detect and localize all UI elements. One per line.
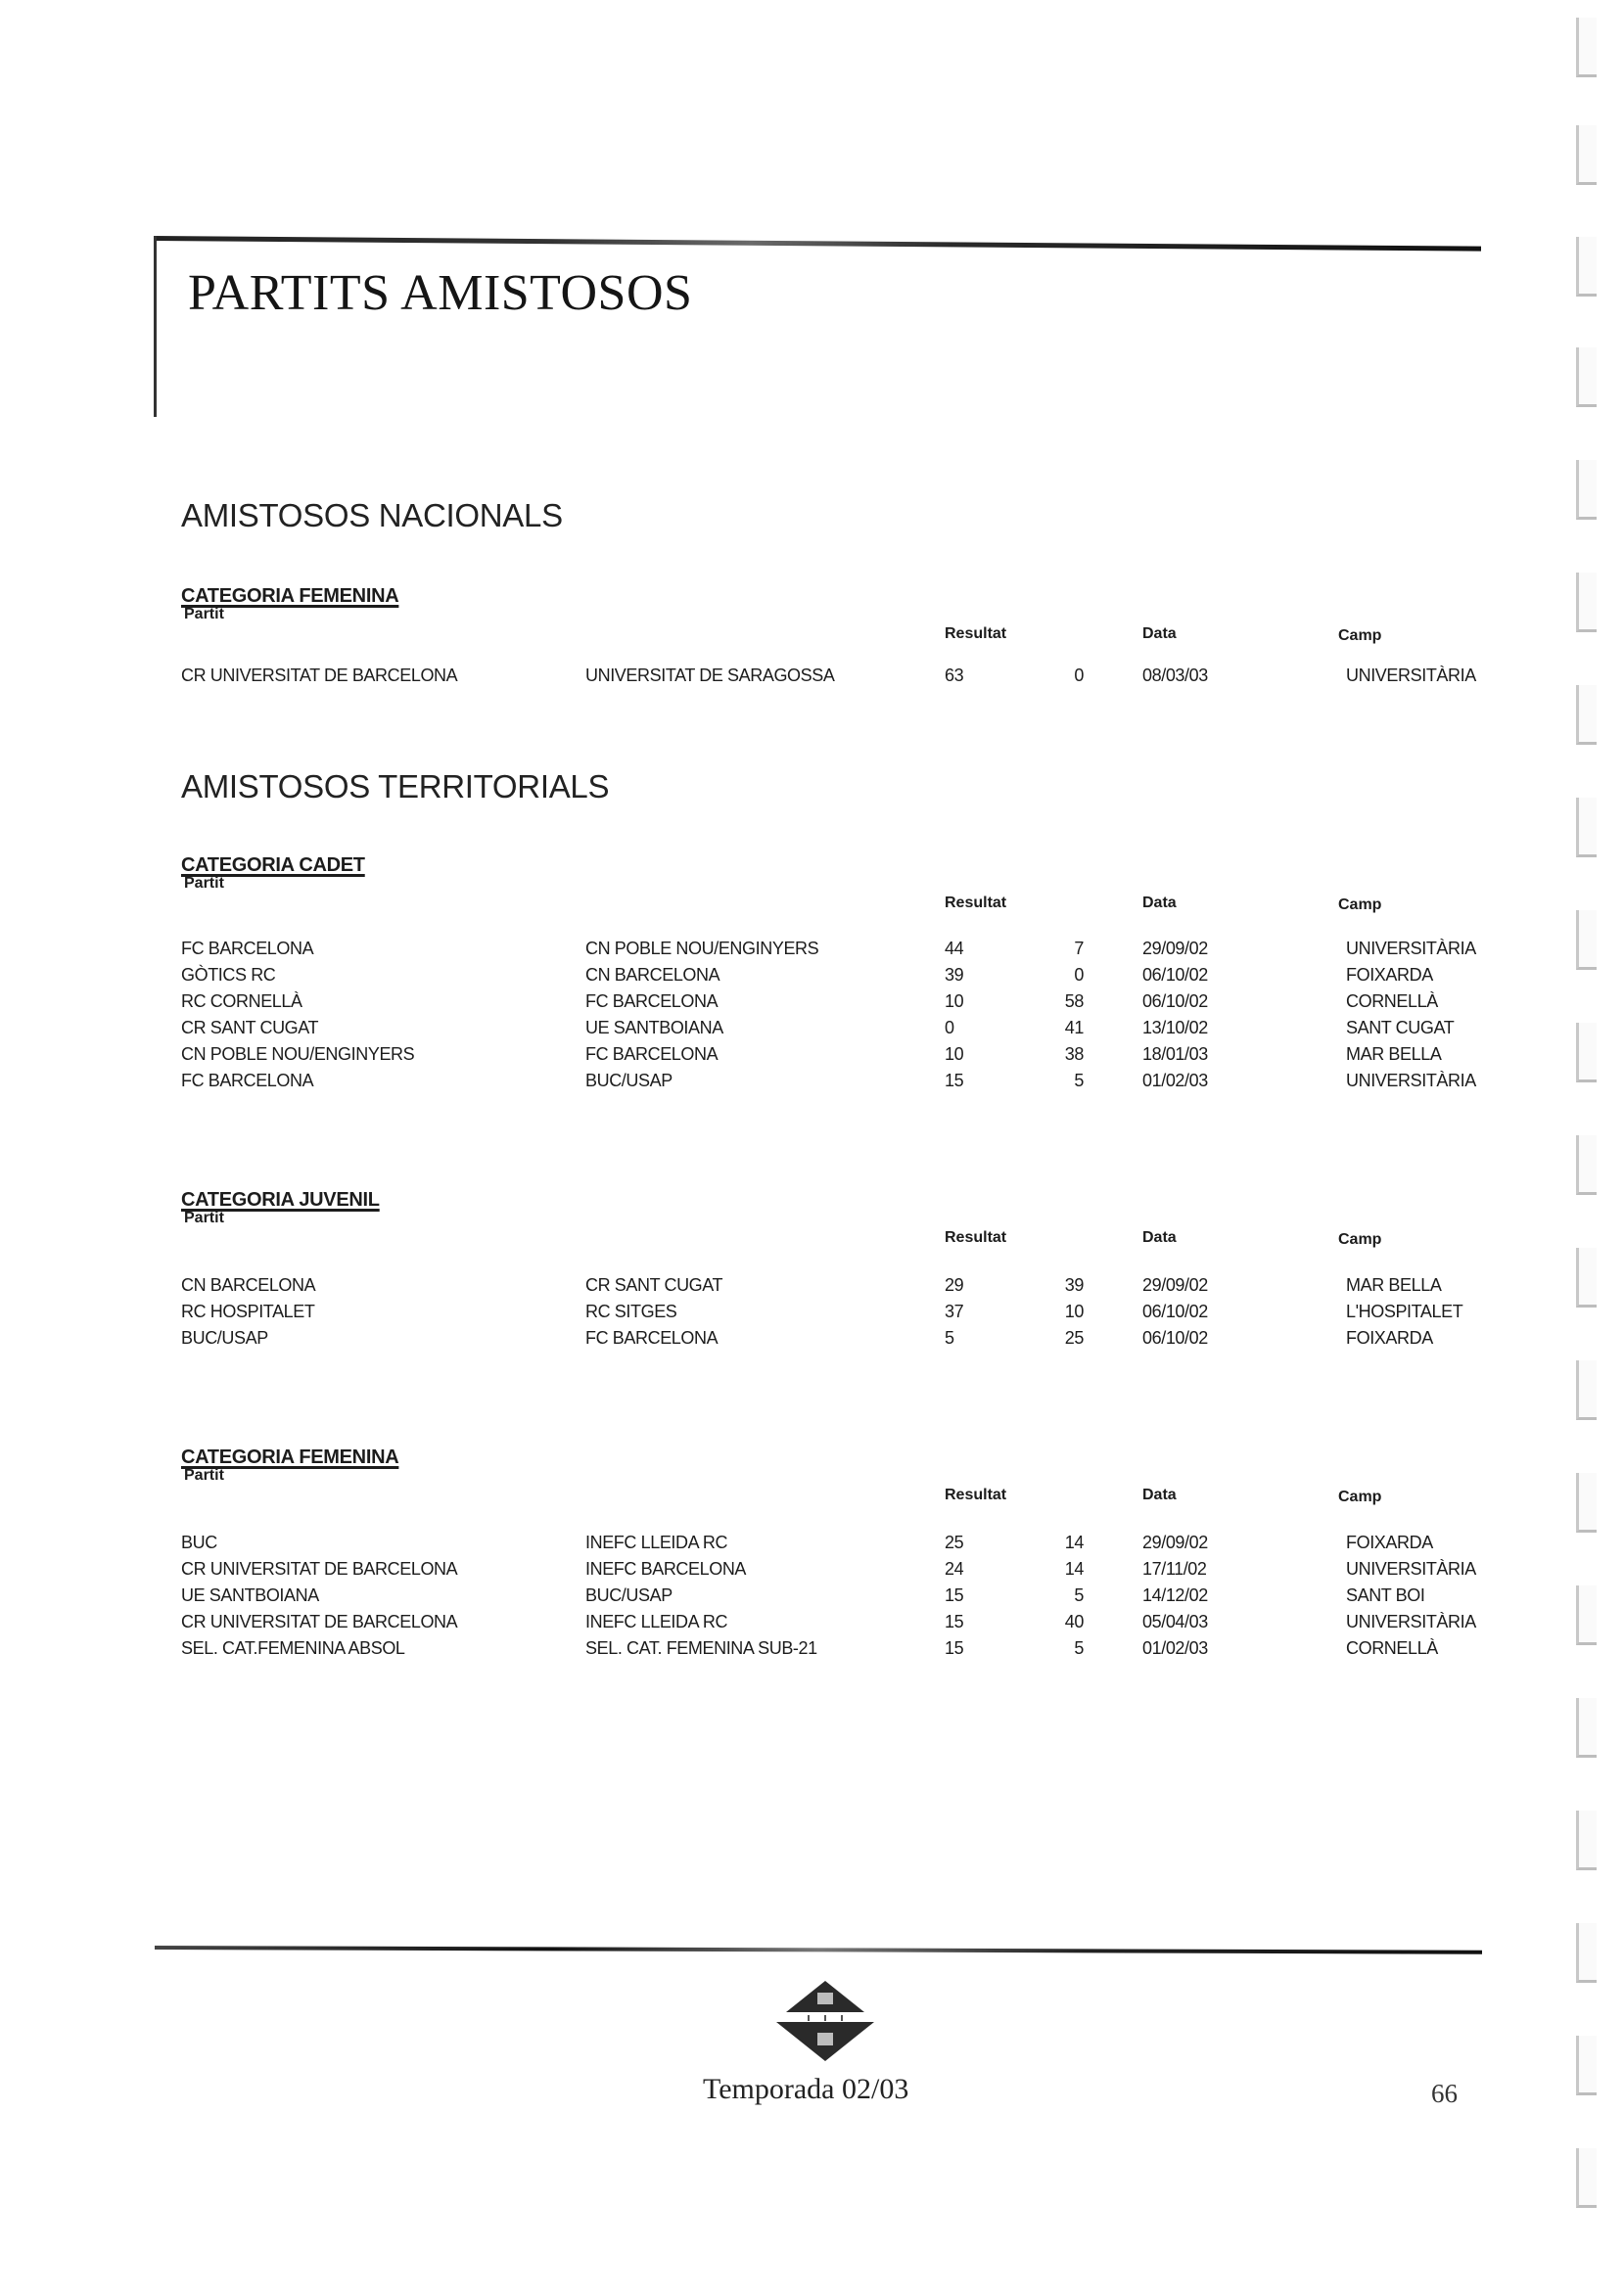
home-team: CN BARCELONA xyxy=(181,1272,315,1299)
match-row: FC BARCELONACN POBLE NOU/ENGINYERS44729/… xyxy=(181,936,1532,962)
binder-tab xyxy=(1576,125,1597,185)
score-away: 58 xyxy=(1043,988,1084,1015)
score-away: 5 xyxy=(1043,1068,1084,1094)
match-row: CN BARCELONACR SANT CUGAT293929/09/02MAR… xyxy=(181,1272,1532,1299)
binder-tab xyxy=(1576,798,1597,857)
match-field: UNIVERSITÀRIA xyxy=(1346,1556,1476,1583)
score-away: 14 xyxy=(1043,1556,1084,1583)
binder-tab xyxy=(1576,2036,1597,2095)
footer-rule xyxy=(155,1946,1482,1954)
match-date: 06/10/02 xyxy=(1142,962,1208,988)
score-away: 38 xyxy=(1043,1041,1084,1068)
match-row: UE SANTBOIANABUC/USAP15514/12/02SANT BOI xyxy=(181,1583,1532,1609)
home-team: SEL. CAT.FEMENINA ABSOL xyxy=(181,1635,405,1662)
match-date: 06/10/02 xyxy=(1142,1325,1208,1352)
score-away: 0 xyxy=(1043,663,1084,689)
match-field: UNIVERSITÀRIA xyxy=(1346,1609,1476,1635)
home-team: CR UNIVERSITAT DE BARCELONA xyxy=(181,663,457,689)
away-team: SEL. CAT. FEMENINA SUB-21 xyxy=(585,1635,817,1662)
binder-tab xyxy=(1576,1811,1597,1870)
score-away: 10 xyxy=(1043,1299,1084,1325)
binder-edge xyxy=(1576,0,1615,2296)
away-team: FC BARCELONA xyxy=(585,1041,718,1068)
binder-tab xyxy=(1576,1585,1597,1645)
category-juvenil: CATEGORIA JUVENIL Partit Resultat Data C… xyxy=(181,1189,1532,1352)
match-field: SANT CUGAT xyxy=(1346,1015,1454,1041)
header-camp: Camp xyxy=(1338,627,1381,645)
category-nacionals-femenina: CATEGORIA FEMENINA Partit Resultat Data … xyxy=(181,585,1532,689)
match-row: RC CORNELLÀFC BARCELONA105806/10/02CORNE… xyxy=(181,988,1532,1015)
match-row: RC HOSPITALETRC SITGES371006/10/02L'HOSP… xyxy=(181,1299,1532,1325)
header-camp: Camp xyxy=(1338,896,1381,914)
binder-tab xyxy=(1576,347,1597,407)
page-number: 66 xyxy=(1431,2079,1458,2109)
match-row: FC BARCELONABUC/USAP15501/02/03UNIVERSIT… xyxy=(181,1068,1532,1094)
match-row: CR UNIVERSITAT DE BARCELONAINEFC BARCELO… xyxy=(181,1556,1532,1583)
match-field: UNIVERSITÀRIA xyxy=(1346,1068,1476,1094)
match-field: SANT BOI xyxy=(1346,1583,1425,1609)
away-team: RC SITGES xyxy=(585,1299,676,1325)
away-team: INEFC BARCELONA xyxy=(585,1556,746,1583)
column-headers: Partit Resultat Data Camp xyxy=(181,608,1532,647)
header-partit: Partit xyxy=(184,875,224,893)
match-row: SEL. CAT.FEMENINA ABSOLSEL. CAT. FEMENIN… xyxy=(181,1635,1532,1662)
away-team: UE SANTBOIANA xyxy=(585,1015,723,1041)
match-field: CORNELLÀ xyxy=(1346,988,1438,1015)
match-list: BUCINEFC LLEIDA RC251429/09/02FOIXARDACR… xyxy=(181,1530,1532,1662)
match-date: 29/09/02 xyxy=(1142,1530,1208,1556)
match-date: 18/01/03 xyxy=(1142,1041,1208,1068)
binder-tab xyxy=(1576,1923,1597,1983)
match-row: CR UNIVERSITAT DE BARCELONAINEFC LLEIDA … xyxy=(181,1609,1532,1635)
match-date: 06/10/02 xyxy=(1142,1299,1208,1325)
home-team: GÒTICS RC xyxy=(181,962,275,988)
match-field: MAR BELLA xyxy=(1346,1272,1441,1299)
match-row: CN POBLE NOU/ENGINYERSFC BARCELONA103818… xyxy=(181,1041,1532,1068)
score-home: 39 xyxy=(945,962,974,988)
home-team: FC BARCELONA xyxy=(181,936,313,962)
header-data: Data xyxy=(1142,1487,1177,1504)
match-date: 08/03/03 xyxy=(1142,663,1208,689)
match-list: CN BARCELONACR SANT CUGAT293929/09/02MAR… xyxy=(181,1272,1532,1352)
match-row: CR UNIVERSITAT DE BARCELONAUNIVERSITAT D… xyxy=(181,663,1532,689)
match-list: CR UNIVERSITAT DE BARCELONAUNIVERSITAT D… xyxy=(181,663,1532,689)
category-title: CATEGORIA CADET xyxy=(181,854,1532,877)
home-team: CR UNIVERSITAT DE BARCELONA xyxy=(181,1556,457,1583)
score-home: 63 xyxy=(945,663,974,689)
score-away: 14 xyxy=(1043,1530,1084,1556)
match-date: 01/02/03 xyxy=(1142,1068,1208,1094)
match-field: MAR BELLA xyxy=(1346,1041,1441,1068)
column-headers: Partit Resultat Data Camp xyxy=(181,1212,1532,1251)
category-title: CATEGORIA FEMENINA xyxy=(181,585,1532,608)
away-team: UNIVERSITAT DE SARAGOSSA xyxy=(585,663,834,689)
away-team: FC BARCELONA xyxy=(585,988,718,1015)
away-team: FC BARCELONA xyxy=(585,1325,718,1352)
match-row: BUCINEFC LLEIDA RC251429/09/02FOIXARDA xyxy=(181,1530,1532,1556)
score-home: 10 xyxy=(945,1041,974,1068)
match-date: 29/09/02 xyxy=(1142,1272,1208,1299)
score-home: 10 xyxy=(945,988,974,1015)
score-home: 37 xyxy=(945,1299,974,1325)
home-team: FC BARCELONA xyxy=(181,1068,313,1094)
score-away: 25 xyxy=(1043,1325,1084,1352)
column-headers: Partit Resultat Data Camp xyxy=(181,877,1532,916)
match-date: 29/09/02 xyxy=(1142,936,1208,962)
home-team: CR UNIVERSITAT DE BARCELONA xyxy=(181,1609,457,1635)
header-resultat: Resultat xyxy=(945,895,1006,912)
away-team: BUC/USAP xyxy=(585,1068,673,1094)
section-title-nacionals: AMISTOSOS NACIONALS xyxy=(181,497,563,534)
away-team: INEFC LLEIDA RC xyxy=(585,1609,727,1635)
match-date: 13/10/02 xyxy=(1142,1015,1208,1041)
match-date: 06/10/02 xyxy=(1142,988,1208,1015)
page-title: PARTITS AMISTOSOS xyxy=(188,264,692,322)
match-row: GÒTICS RCCN BARCELONA39006/10/02FOIXARDA xyxy=(181,962,1532,988)
away-team: CR SANT CUGAT xyxy=(585,1272,722,1299)
binder-tab xyxy=(1576,573,1597,632)
match-date: 14/12/02 xyxy=(1142,1583,1208,1609)
header-data: Data xyxy=(1142,895,1177,912)
header-partit: Partit xyxy=(184,606,224,623)
score-home: 44 xyxy=(945,936,974,962)
score-home: 0 xyxy=(945,1015,974,1041)
match-date: 05/04/03 xyxy=(1142,1609,1208,1635)
match-date: 17/11/02 xyxy=(1142,1556,1207,1583)
season-label: Temporada 02/03 xyxy=(703,2073,908,2106)
match-field: L'HOSPITALET xyxy=(1346,1299,1462,1325)
category-femenina-territorial: CATEGORIA FEMENINA Partit Resultat Data … xyxy=(181,1446,1532,1662)
column-headers: Partit Resultat Data Camp xyxy=(181,1469,1532,1508)
away-team: CN BARCELONA xyxy=(585,962,719,988)
binder-tab xyxy=(1576,910,1597,970)
score-away: 40 xyxy=(1043,1609,1084,1635)
home-team: UE SANTBOIANA xyxy=(181,1583,319,1609)
header-camp: Camp xyxy=(1338,1489,1381,1506)
match-list: FC BARCELONACN POBLE NOU/ENGINYERS44729/… xyxy=(181,936,1532,1094)
score-home: 24 xyxy=(945,1556,974,1583)
binder-tab xyxy=(1576,1473,1597,1533)
away-team: BUC/USAP xyxy=(585,1583,673,1609)
binder-tab xyxy=(1576,1360,1597,1420)
header-resultat: Resultat xyxy=(945,625,1006,643)
header-resultat: Resultat xyxy=(945,1487,1006,1504)
category-title: CATEGORIA JUVENIL xyxy=(181,1189,1532,1212)
score-away: 7 xyxy=(1043,936,1084,962)
binder-tab xyxy=(1576,2148,1597,2208)
header-partit: Partit xyxy=(184,1210,224,1227)
match-field: FOIXARDA xyxy=(1346,1530,1433,1556)
score-home: 15 xyxy=(945,1609,974,1635)
category-cadet: CATEGORIA CADET Partit Resultat Data Cam… xyxy=(181,854,1532,1094)
category-title: CATEGORIA FEMENINA xyxy=(181,1446,1532,1469)
binder-tab xyxy=(1576,237,1597,297)
home-team: RC CORNELLÀ xyxy=(181,988,302,1015)
section-title-territorials: AMISTOSOS TERRITORIALS xyxy=(181,768,609,805)
home-team: CR SANT CUGAT xyxy=(181,1015,318,1041)
binder-tab xyxy=(1576,1248,1597,1308)
header-resultat: Resultat xyxy=(945,1229,1006,1247)
binder-tab xyxy=(1576,460,1597,520)
header-partit: Partit xyxy=(184,1467,224,1485)
match-date: 01/02/03 xyxy=(1142,1635,1208,1662)
match-row: BUC/USAPFC BARCELONA52506/10/02FOIXARDA xyxy=(181,1325,1532,1352)
score-home: 15 xyxy=(945,1635,974,1662)
match-field: UNIVERSITÀRIA xyxy=(1346,663,1476,689)
home-team: RC HOSPITALET xyxy=(181,1299,315,1325)
score-home: 25 xyxy=(945,1530,974,1556)
binder-tab xyxy=(1576,1023,1597,1082)
score-away: 39 xyxy=(1043,1272,1084,1299)
binder-tab xyxy=(1576,1698,1597,1758)
score-home: 5 xyxy=(945,1325,974,1352)
header-camp: Camp xyxy=(1338,1231,1381,1249)
match-field: FOIXARDA xyxy=(1346,962,1433,988)
binder-tab xyxy=(1576,685,1597,745)
club-diamond-logo-icon xyxy=(771,1979,879,2062)
score-away: 0 xyxy=(1043,962,1084,988)
score-home: 15 xyxy=(945,1068,974,1094)
score-home: 29 xyxy=(945,1272,974,1299)
match-field: CORNELLÀ xyxy=(1346,1635,1438,1662)
header-side-rule xyxy=(154,236,157,417)
score-away: 5 xyxy=(1043,1583,1084,1609)
score-away: 5 xyxy=(1043,1635,1084,1662)
header-rule xyxy=(154,236,1481,252)
match-field: UNIVERSITÀRIA xyxy=(1346,936,1476,962)
away-team: INEFC LLEIDA RC xyxy=(585,1530,727,1556)
match-field: FOIXARDA xyxy=(1346,1325,1433,1352)
header-data: Data xyxy=(1142,1229,1177,1247)
binder-tab xyxy=(1576,1135,1597,1195)
away-team: CN POBLE NOU/ENGINYERS xyxy=(585,936,818,962)
score-away: 41 xyxy=(1043,1015,1084,1041)
home-team: BUC xyxy=(181,1530,217,1556)
header-data: Data xyxy=(1142,625,1177,643)
home-team: BUC/USAP xyxy=(181,1325,268,1352)
score-home: 15 xyxy=(945,1583,974,1609)
match-row: CR SANT CUGATUE SANTBOIANA04113/10/02SAN… xyxy=(181,1015,1532,1041)
home-team: CN POBLE NOU/ENGINYERS xyxy=(181,1041,414,1068)
binder-tab xyxy=(1576,18,1597,77)
